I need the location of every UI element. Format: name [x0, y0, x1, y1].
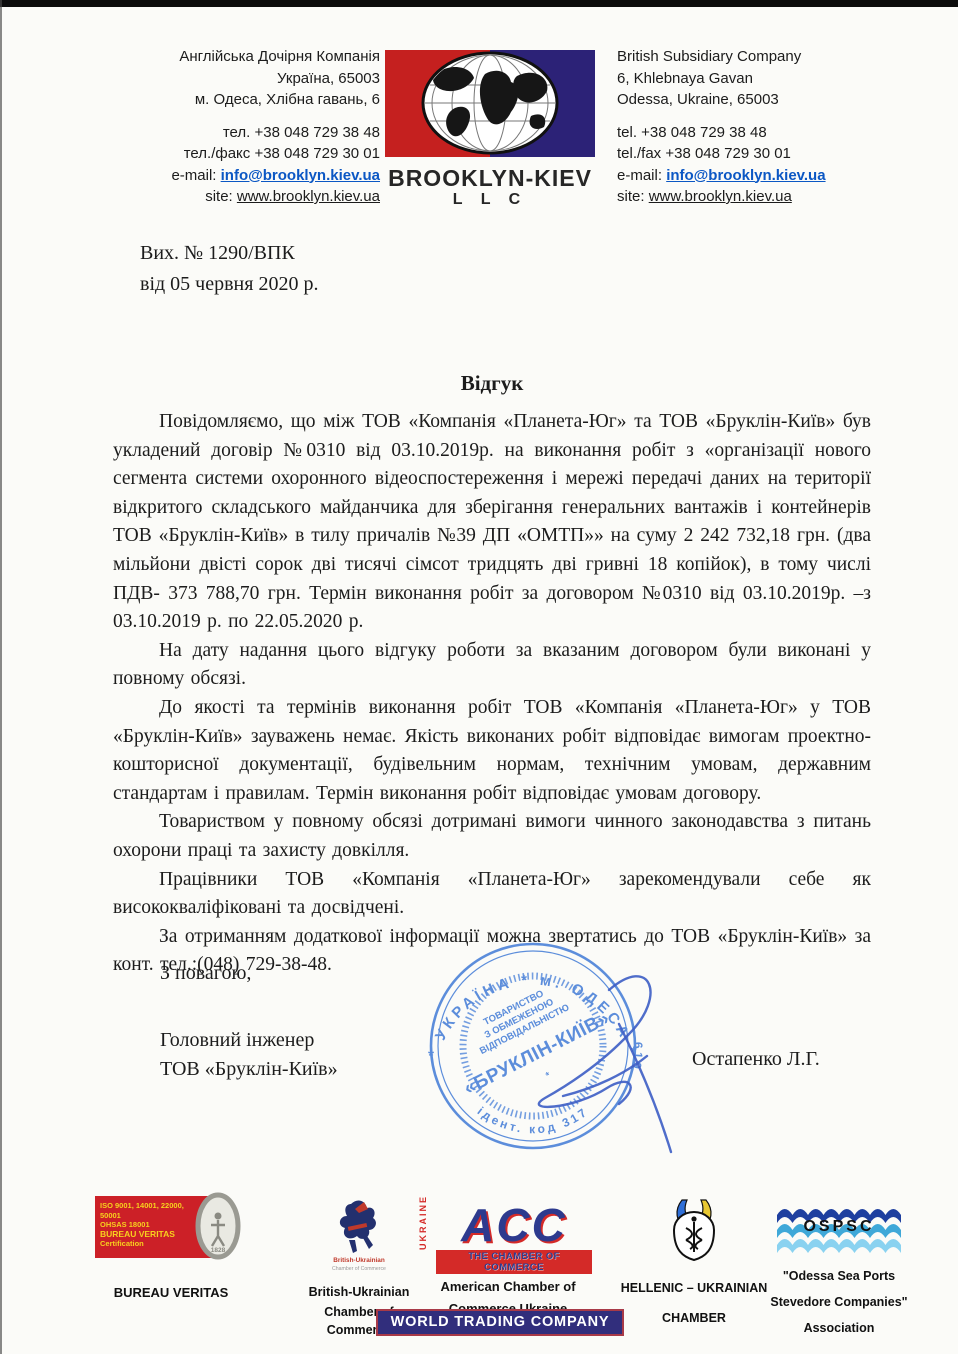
bucc-logo-line2: Chamber of Commerce [332, 1266, 386, 1272]
phone-en: tel. +38 048 729 38 48 [617, 122, 891, 144]
email-link-uk: info@brooklyn.kiev.ua [221, 167, 380, 184]
email-line-en: e-mail: info@brooklyn.kiev.ua [617, 165, 891, 187]
signer-name: Остапенко Л.Г. [692, 1048, 820, 1071]
company-name-uk: Англійська Дочірня Компанія [116, 46, 380, 68]
globe-logo-icon [385, 50, 595, 157]
acc-caption-line1: American Chamber of [424, 1278, 592, 1296]
acc-ukraine-vertical-label: UKRAINE [418, 1195, 428, 1250]
address-uk-2: м. Одеса, Хлібна гавань, 6 [116, 89, 380, 111]
acc-chamber-strip: THE CHAMBER OF COMMERCE [436, 1250, 592, 1274]
bv-seal-year: 1828 [211, 1247, 226, 1254]
letterhead-english: British Subsidiary Company 6, Khlebnaya … [617, 46, 891, 208]
ospsc-waves-icon: OSPSC [777, 1200, 901, 1254]
site-line-uk: site: www.brooklyn.kiev.ua [116, 186, 380, 208]
site-link-en: www.brooklyn.kiev.ua [649, 188, 792, 205]
scan-artifact-left [0, 0, 2, 1354]
signer-position-line1: Головний інженер [160, 1026, 338, 1055]
address-uk-1: Україна, 65003 [116, 68, 380, 90]
american-chamber-block: UKRAINE ACC THE CHAMBER OF COMMERCE Amer… [424, 1202, 592, 1318]
paragraph-5: Працівники ТОВ «Компанія «Планета-Юг» за… [113, 866, 871, 923]
salutation: З повагою, [160, 962, 251, 985]
stamp-star: * [544, 1070, 553, 1082]
site-label-uk: site: [205, 188, 237, 205]
fax-uk: тел./факс +38 048 729 30 01 [116, 143, 380, 165]
signer-position-line2: ТОВ «Бруклін-Київ» [160, 1055, 338, 1084]
email-label-en: e-mail: [617, 167, 666, 184]
email-label-uk: e-mail: [171, 167, 220, 184]
bureau-veritas-logo: ISO 9001, 14001, 22000, 50001 OHSAS 1800… [95, 1196, 219, 1258]
bureau-veritas-seal-icon: 1828 [195, 1192, 241, 1260]
scanned-letter-page: Англійська Дочірня Компанія Україна, 650… [0, 0, 958, 1354]
world-trading-company-row: WORLD TRADING COMPANY [42, 1309, 958, 1336]
ospsc-logo-text: OSPSC [803, 1218, 874, 1235]
logo-company-name: BROOKLYN-KIEV [385, 165, 595, 192]
signer-position: Головний інженер ТОВ «Бруклін-Київ» [160, 1026, 338, 1084]
phone-uk: тел. +38 048 729 38 48 [116, 122, 380, 144]
hellenic-chamber-caduceus-icon [652, 1198, 736, 1262]
bucc-caption-line1: British-Ukrainian [293, 1283, 425, 1301]
logo-llc-label: L L C [385, 191, 595, 209]
address-en-2: Odessa, Ukraine, 65003 [617, 89, 891, 111]
site-line-en: site: www.brooklyn.kiev.ua [617, 186, 891, 208]
letter-body: Повідомляємо, що між ТОВ «Компанія «План… [113, 408, 871, 980]
acc-letters: ACC [436, 1202, 592, 1248]
british-ukrainian-chamber-icon: British-Ukrainian Chamber of Commerce [326, 1196, 392, 1276]
acc-logo: UKRAINE ACC THE CHAMBER OF COMMERCE [424, 1202, 592, 1274]
document-title: Відгук [113, 371, 871, 396]
reference-date: від 05 червня 2020 р. [140, 269, 318, 300]
bureau-veritas-caption: BUREAU VERITAS [95, 1284, 247, 1302]
hellenic-ukrainian-chamber-block: HELLENIC – UKRAINIAN CHAMBER [608, 1198, 780, 1327]
company-name-en: British Subsidiary Company [617, 46, 891, 68]
outgoing-reference: Вих. № 1290/ВПК від 05 червня 2020 р. [140, 238, 318, 300]
company-stamp: * УКРАЇНА * м. ОДЕСА * ідент. код 317 61… [413, 938, 685, 1180]
paragraph-2: На дату надання цього відгуку роботи за … [113, 637, 871, 694]
hellenic-caption-line1: HELLENIC – UKRAINIAN [608, 1279, 780, 1297]
scan-artifact-top [0, 0, 958, 7]
fax-en: tel./fax +38 048 729 30 01 [617, 143, 891, 165]
letterhead-ukrainian: Англійська Дочірня Компанія Україна, 650… [116, 46, 380, 208]
company-logo: BROOKLYN-KIEV L L C [385, 50, 595, 209]
reference-number: Вих. № 1290/ВПК [140, 238, 318, 269]
paragraph-1: Повідомляємо, що між ТОВ «Компанія «План… [113, 408, 871, 637]
email-line-uk: e-mail: info@brooklyn.kiev.ua [116, 165, 380, 187]
email-link-en: info@brooklyn.kiev.ua [666, 167, 825, 184]
ospsc-caption-line1: "Odessa Sea Ports [760, 1267, 918, 1285]
bureau-veritas-block: ISO 9001, 14001, 22000, 50001 OHSAS 1800… [95, 1196, 247, 1302]
address-en-1: 6, Khlebnaya Gavan [617, 68, 891, 90]
site-link-uk: www.brooklyn.kiev.ua [237, 188, 380, 205]
paragraph-3: До якості та термінів виконання робіт ТО… [113, 694, 871, 808]
world-trading-company-banner: WORLD TRADING COMPANY [376, 1309, 625, 1336]
paragraph-4: Товариством у повному обсязі дотримані в… [113, 808, 871, 865]
bucc-logo-line1: British-Ukrainian [333, 1257, 385, 1264]
site-label-en: site: [617, 188, 649, 205]
